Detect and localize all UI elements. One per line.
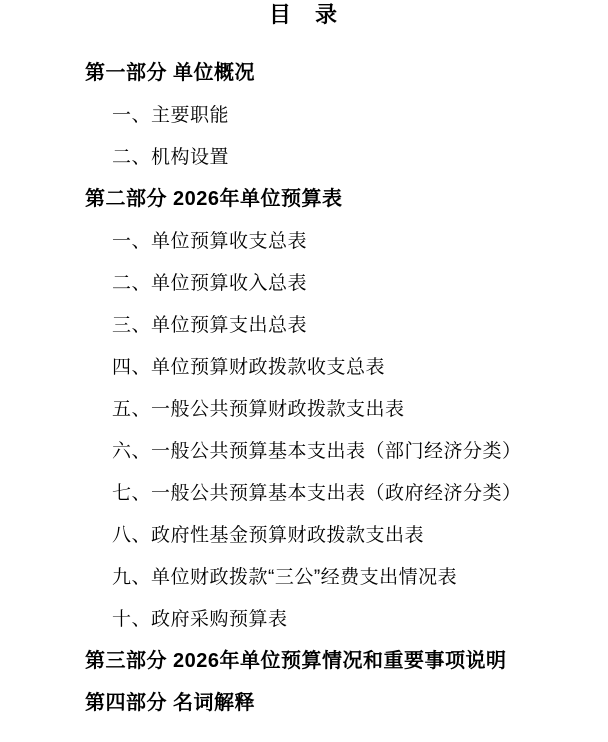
toc-item: 一、单位预算收支总表 (0, 230, 608, 253)
toc-item: 十、政府采购预算表 (0, 608, 608, 631)
toc-item: 九、单位财政拨款“三公”经费支出情况表 (0, 566, 608, 589)
toc-item: 四、单位预算财政拨款收支总表 (0, 356, 608, 379)
toc-item: 八、政府性基金预算财政拨款支出表 (0, 524, 608, 547)
toc-section-part3: 第三部分 2026年单位预算情况和重要事项说明 (0, 650, 608, 673)
document-page: 目 录 第一部分 单位概况 一、主要职能 二、机构设置 第二部分 2026年单位… (0, 0, 608, 742)
toc-section-part4: 第四部分 名词解释 (0, 692, 608, 715)
toc-section-part2: 第二部分 2026年单位预算表 (0, 188, 608, 211)
toc-item: 一、主要职能 (0, 104, 608, 127)
toc-list: 第一部分 单位概况 一、主要职能 二、机构设置 第二部分 2026年单位预算表 … (0, 62, 608, 715)
toc-item: 二、机构设置 (0, 146, 608, 169)
toc-section-part1: 第一部分 单位概况 (0, 62, 608, 85)
page-title: 目 录 (0, 0, 608, 27)
toc-item: 七、一般公共预算基本支出表（政府经济分类） (0, 482, 608, 505)
toc-item: 二、单位预算收入总表 (0, 272, 608, 295)
toc-item: 六、一般公共预算基本支出表（部门经济分类） (0, 440, 608, 463)
toc-item: 五、一般公共预算财政拨款支出表 (0, 398, 608, 421)
toc-item: 三、单位预算支出总表 (0, 314, 608, 337)
